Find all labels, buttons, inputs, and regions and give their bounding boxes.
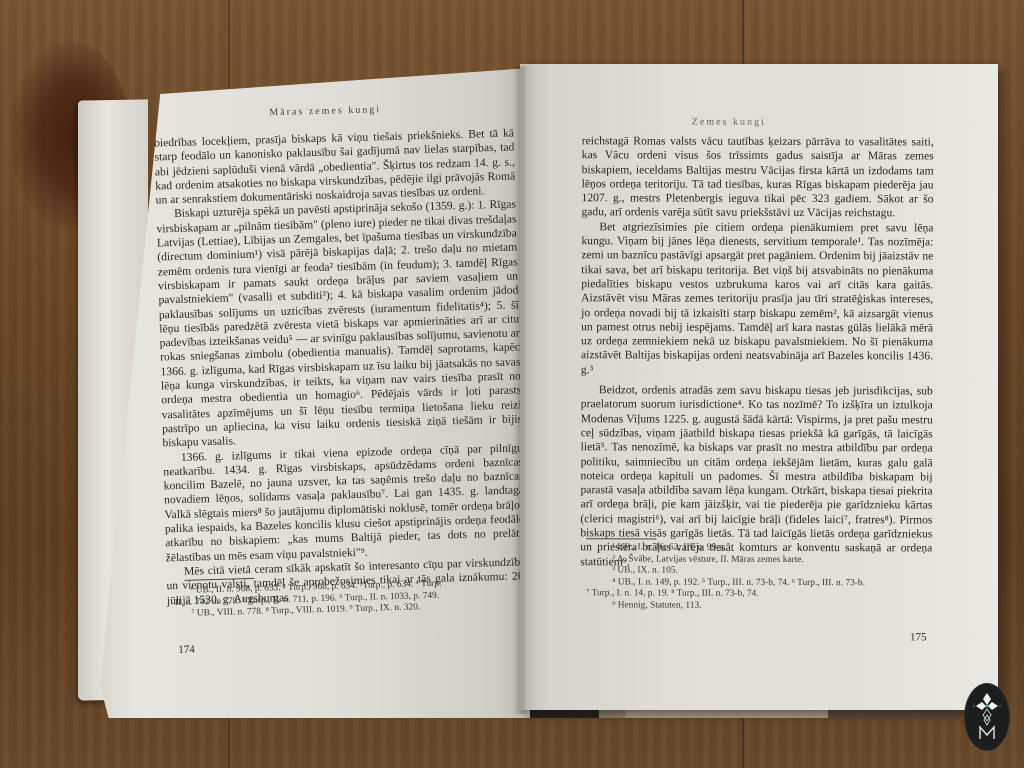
footnote-line: ³ UB., IX. n. 105. (586, 565, 865, 578)
page-number-left: 174 (178, 644, 195, 656)
right-footnotes: ¹ UB., I. n. 16; 62; III. n. 99-a. ² A. … (586, 542, 865, 613)
book-gutter (512, 66, 536, 714)
running-head-left: Māras zemes kungi (269, 104, 381, 118)
paragraph: Biskapi uzturēja spēkā un pavēsti apstip… (156, 198, 523, 451)
footnote-line: ⁴ UB., I. n. 149, p. 192. ⁵ Turp., III. … (586, 577, 865, 590)
paragraph: biedrības locekļiem, prasīja biskaps kā … (154, 126, 516, 208)
right-page-body: reichstagā Romas valsts vācu tautības ķe… (580, 134, 934, 570)
footnote-line: ⁹ Hennig, Statuten, 113. (586, 600, 865, 613)
left-page: Māras zemes kungi biedrības locekļiem, p… (100, 68, 530, 718)
folk-ornament-m-logo-icon (972, 691, 1002, 743)
watermark-logo (964, 683, 1010, 751)
page-number-right: 175 (910, 631, 927, 643)
left-footnotes: ¹ UB., II. n. 968, p. 633. ² Turp., 968,… (174, 579, 442, 621)
left-page-body: biedrības locekļiem, prasīja biskaps kā … (154, 126, 527, 608)
paragraph: Bet atgriezīsimies pie citiem ordeņa pie… (581, 220, 934, 378)
footnote-line: ² A. Švābe, Latvijas vēsture, II. Māras … (586, 554, 865, 567)
footnote-line: ⁷ Turp., I. n. 14, p. 19. ⁸ Turp., III. … (586, 589, 865, 602)
right-page: Zemes kungi reichstagā Romas valsts vācu… (520, 64, 998, 710)
paragraph: 1366. g. izlīgums ir tikai viena epizode… (163, 441, 526, 565)
paragraph: reichstagā Romas valsts vācu tautības ķe… (581, 134, 933, 221)
running-head-right: Zemes kungi (692, 117, 766, 128)
footnote-line: ¹ UB., I. n. 16; 62; III. n. 99-a. (586, 542, 865, 555)
